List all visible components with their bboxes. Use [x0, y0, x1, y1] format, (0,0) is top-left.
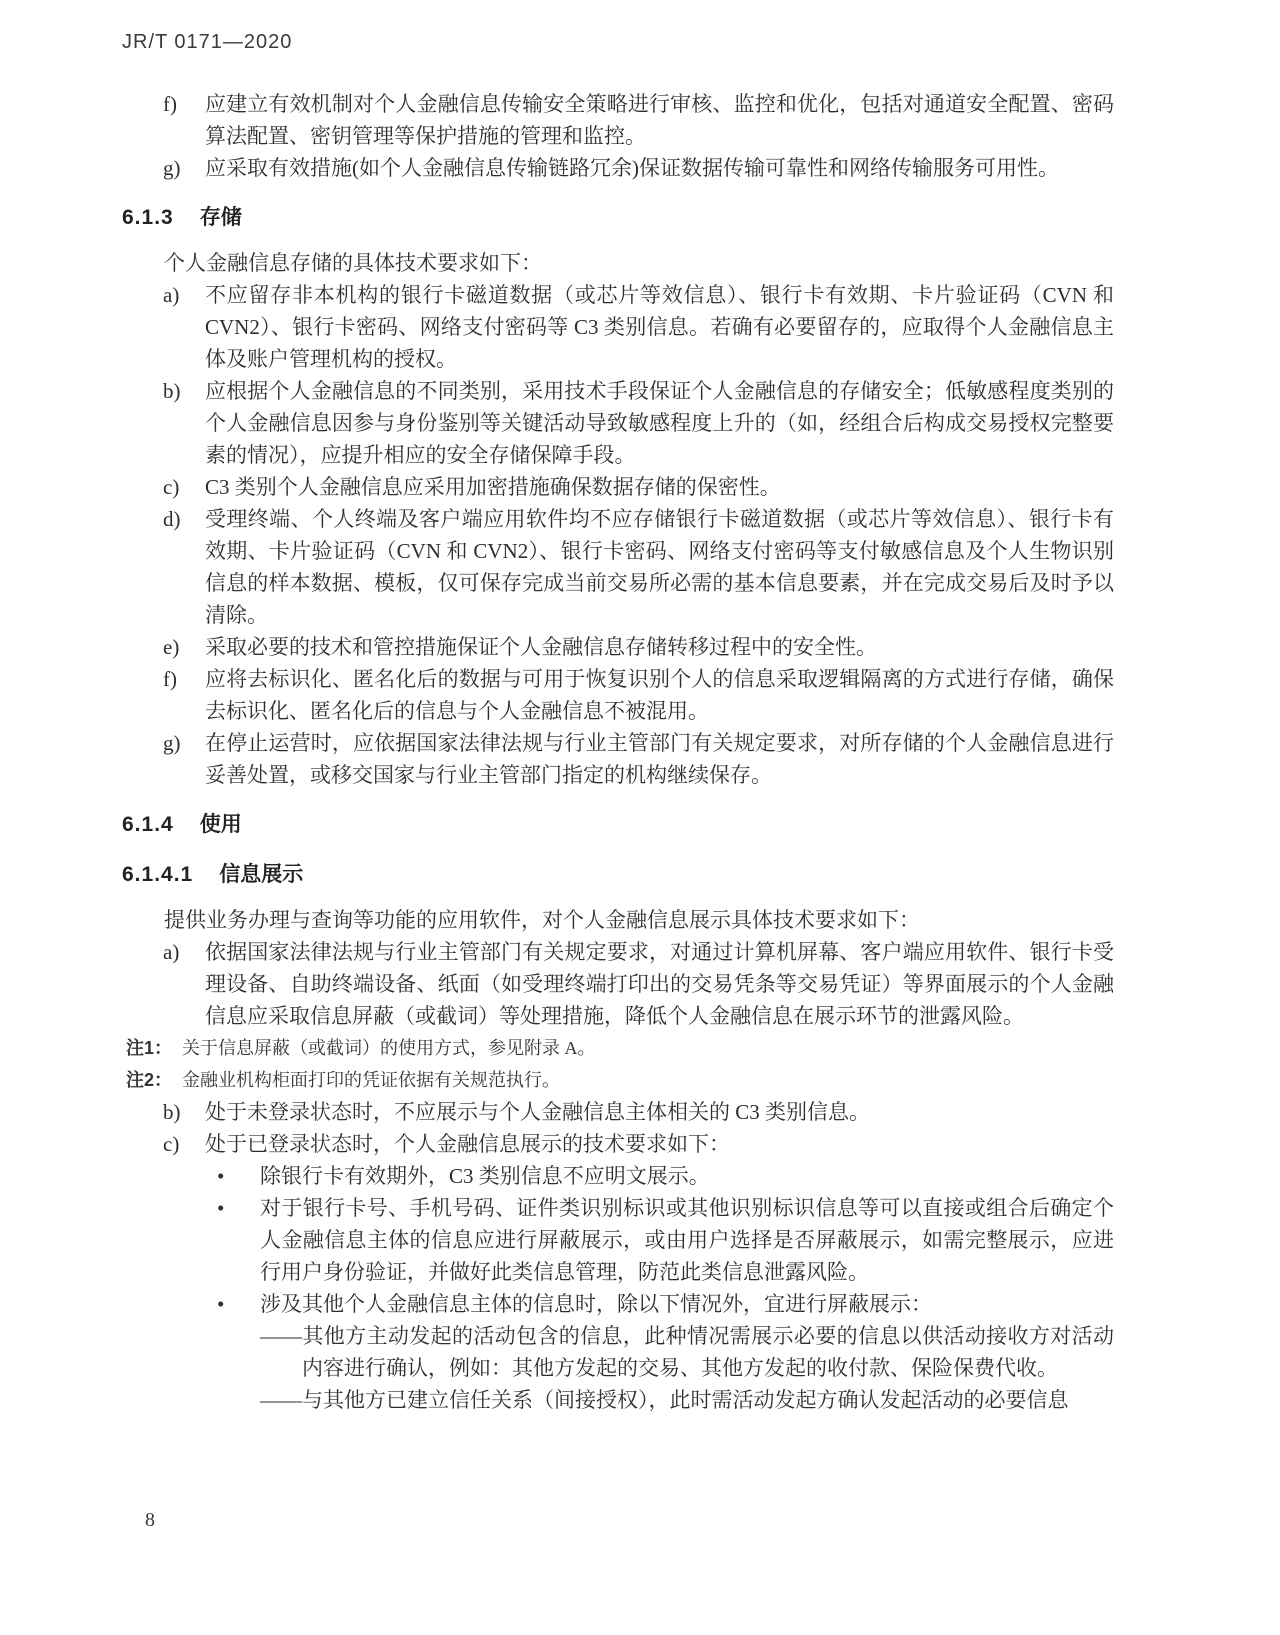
standard-number: JR/T 0171—2020: [122, 30, 1114, 54]
bullet-icon: •: [217, 1160, 260, 1192]
paragraph-storage-intro: 个人金融信息存储的具体技术要求如下：: [122, 247, 1114, 279]
list-item-display-c: c) 处于已登录状态时，个人金融信息展示的技术要求如下：: [163, 1128, 1114, 1160]
bullet-icon: •: [217, 1192, 260, 1288]
bullet-icon: •: [217, 1288, 260, 1320]
note-label: 注2：: [126, 1070, 172, 1090]
bullet-item: • 涉及其他个人金融信息主体的信息时，除以下情况外，宜进行屏蔽展示：: [217, 1288, 1114, 1320]
item-text: 应采取有效措施(如个人金融信息传输链路冗余)保证数据传输可靠性和网络传输服务可用…: [205, 152, 1114, 184]
item-text: 应将去标识化、匿名化后的数据与可用于恢复识别个人的信息采取逻辑隔离的方式进行存储…: [205, 663, 1114, 727]
item-text: 应根据个人金融信息的不同类别，采用技术手段保证个人金融信息的存储安全；低敏感程度…: [205, 375, 1114, 471]
item-label: g): [163, 152, 205, 184]
bullet-text: 对于银行卡号、手机号码、证件类识别标识或其他识别标识信息等可以直接或组合后确定个…: [260, 1192, 1114, 1288]
section-number: 6.1.4: [122, 813, 174, 836]
bullet-text: 涉及其他个人金融信息主体的信息时，除以下情况外，宜进行屏蔽展示：: [260, 1288, 1114, 1320]
list-item-storage-e: e) 采取必要的技术和管控措施保证个人金融信息存储转移过程中的安全性。: [163, 631, 1114, 663]
item-text: 不应留存非本机构的银行卡磁道数据（或芯片等效信息）、银行卡有效期、卡片验证码（C…: [205, 279, 1114, 375]
item-text: 处于未登录状态时，不应展示与个人金融信息主体相关的 C3 类别信息。: [205, 1096, 1114, 1128]
item-text: 应建立有效机制对个人金融信息传输安全策略进行审核、监控和优化，包括对通道安全配置…: [205, 88, 1114, 152]
item-text: 处于已登录状态时，个人金融信息展示的技术要求如下：: [205, 1128, 1114, 1160]
list-item-transmission-f: f) 应建立有效机制对个人金融信息传输安全策略进行审核、监控和优化，包括对通道安…: [163, 88, 1114, 152]
item-text: 在停止运营时，应依据国家法律法规与行业主管部门有关规定要求，对所存储的个人金融信…: [205, 727, 1114, 791]
list-item-storage-b: b) 应根据个人金融信息的不同类别，采用技术手段保证个人金融信息的存储安全；低敏…: [163, 375, 1114, 471]
item-label: e): [163, 631, 205, 663]
item-label: a): [163, 936, 205, 1032]
note-2: 注2：金融业机构柜面打印的凭证依据有关规范执行。: [126, 1064, 1114, 1096]
list-item-display-a: a) 依据国家法律法规与行业主管部门有关规定要求，对通过计算机屏幕、客户端应用软…: [163, 936, 1114, 1032]
bullet-item: • 对于银行卡号、手机号码、证件类识别标识或其他识别标识信息等可以直接或组合后确…: [217, 1192, 1114, 1288]
paragraph-display-intro: 提供业务办理与查询等功能的应用软件，对个人金融信息展示具体技术要求如下：: [122, 904, 1114, 936]
item-text: C3 类别个人金融信息应采用加密措施确保数据存储的保密性。: [205, 471, 1114, 503]
section-heading-usage: 6.1.4使用: [122, 809, 1114, 841]
item-label: b): [163, 375, 205, 471]
section-title: 信息展示: [219, 863, 303, 886]
note-label: 注1：: [126, 1038, 172, 1058]
list-item-display-b: b) 处于未登录状态时，不应展示与个人金融信息主体相关的 C3 类别信息。: [163, 1096, 1114, 1128]
list-item-storage-c: c) C3 类别个人金融信息应采用加密措施确保数据存储的保密性。: [163, 471, 1114, 503]
section-heading-display: 6.1.4.1信息展示: [122, 859, 1114, 891]
section-number: 6.1.3: [122, 206, 174, 229]
section-heading-storage: 6.1.3存储: [122, 202, 1114, 234]
item-label: a): [163, 279, 205, 375]
dash-item: ——其他方主动发起的活动包含的信息，此种情况需展示必要的信息以供活动接收方对活动…: [260, 1320, 1114, 1384]
item-label: f): [163, 663, 205, 727]
note-1: 注1：关于信息屏蔽（或截词）的使用方式，参见附录 A。: [126, 1032, 1114, 1064]
item-label: g): [163, 727, 205, 791]
bullet-text: 除银行卡有效期外，C3 类别信息不应明文展示。: [260, 1160, 1114, 1192]
item-text: 受理终端、个人终端及客户端应用软件均不应存储银行卡磁道数据（或芯片等效信息）、银…: [205, 503, 1114, 631]
document-page: JR/T 0171—2020 f) 应建立有效机制对个人金融信息传输安全策略进行…: [0, 0, 1280, 1635]
section-title: 使用: [200, 813, 242, 836]
note-text: 关于信息屏蔽（或截词）的使用方式，参见附录 A。: [182, 1038, 596, 1058]
bullet-item: • 除银行卡有效期外，C3 类别信息不应明文展示。: [217, 1160, 1114, 1192]
section-number: 6.1.4.1: [122, 863, 193, 886]
list-item-transmission-g: g) 应采取有效措施(如个人金融信息传输链路冗余)保证数据传输可靠性和网络传输服…: [163, 152, 1114, 184]
note-text: 金融业机构柜面打印的凭证依据有关规范执行。: [182, 1070, 560, 1090]
list-item-storage-g: g) 在停止运营时，应依据国家法律法规与行业主管部门有关规定要求，对所存储的个人…: [163, 727, 1114, 791]
list-item-storage-d: d) 受理终端、个人终端及客户端应用软件均不应存储银行卡磁道数据（或芯片等效信息…: [163, 503, 1114, 631]
list-item-storage-a: a) 不应留存非本机构的银行卡磁道数据（或芯片等效信息）、银行卡有效期、卡片验证…: [163, 279, 1114, 375]
item-label: c): [163, 471, 205, 503]
item-text: 采取必要的技术和管控措施保证个人金融信息存储转移过程中的安全性。: [205, 631, 1114, 663]
item-label: d): [163, 503, 205, 631]
item-label: c): [163, 1128, 205, 1160]
item-label: b): [163, 1096, 205, 1128]
section-title: 存储: [200, 206, 242, 229]
item-label: f): [163, 88, 205, 152]
item-text: 依据国家法律法规与行业主管部门有关规定要求，对通过计算机屏幕、客户端应用软件、银…: [205, 936, 1114, 1032]
list-item-storage-f: f) 应将去标识化、匿名化后的数据与可用于恢复识别个人的信息采取逻辑隔离的方式进…: [163, 663, 1114, 727]
dash-item: ——与其他方已建立信任关系（间接授权），此时需活动发起方确认发起活动的必要信息: [260, 1384, 1114, 1416]
page-number: 8: [145, 1504, 1114, 1536]
